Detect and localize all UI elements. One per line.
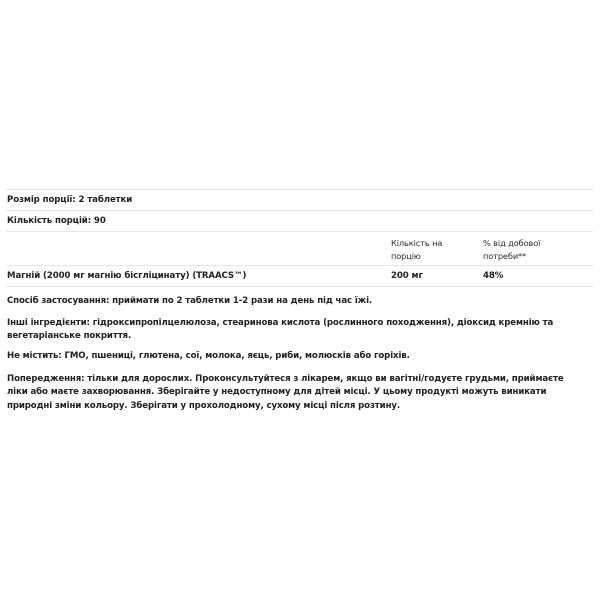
table-row: Магній (2000 мг магнію бісгліцинату) (TR… <box>6 265 593 287</box>
supplement-facts-table: Розмір порції: 2 таблетки Кількість порц… <box>6 189 593 287</box>
does-not-contain-text: Не містить: ГМО, пшениці, глютена, сої, … <box>7 350 587 363</box>
nutrient-amount: 200 мг <box>391 266 423 286</box>
column-header-daily-value: % від добової потреби** <box>483 237 573 262</box>
nutrient-name: Магній (2000 мг магнію бісгліцинату) (TR… <box>7 266 246 286</box>
servings-per-container-row: Кількість порцій: 90 <box>6 210 593 231</box>
table-header-row: Кількість на порцію % від добової потреб… <box>6 231 593 265</box>
warning-text: Попередження: тільки для дорослих. Проко… <box>7 373 587 413</box>
usage-text: Спосіб застосування: приймати по 2 табле… <box>7 295 587 308</box>
column-header-amount: Кількість на порцію <box>391 237 471 262</box>
other-ingredients-text: Інші інгредієнти: гідроксипропілцелюлоза… <box>7 317 587 344</box>
serving-size-row: Розмір порції: 2 таблетки <box>6 189 593 210</box>
nutrient-daily-value: 48% <box>483 266 503 286</box>
servings-per-container-text: Кількість порцій: 90 <box>7 216 106 226</box>
serving-size-text: Розмір порції: 2 таблетки <box>7 195 132 205</box>
